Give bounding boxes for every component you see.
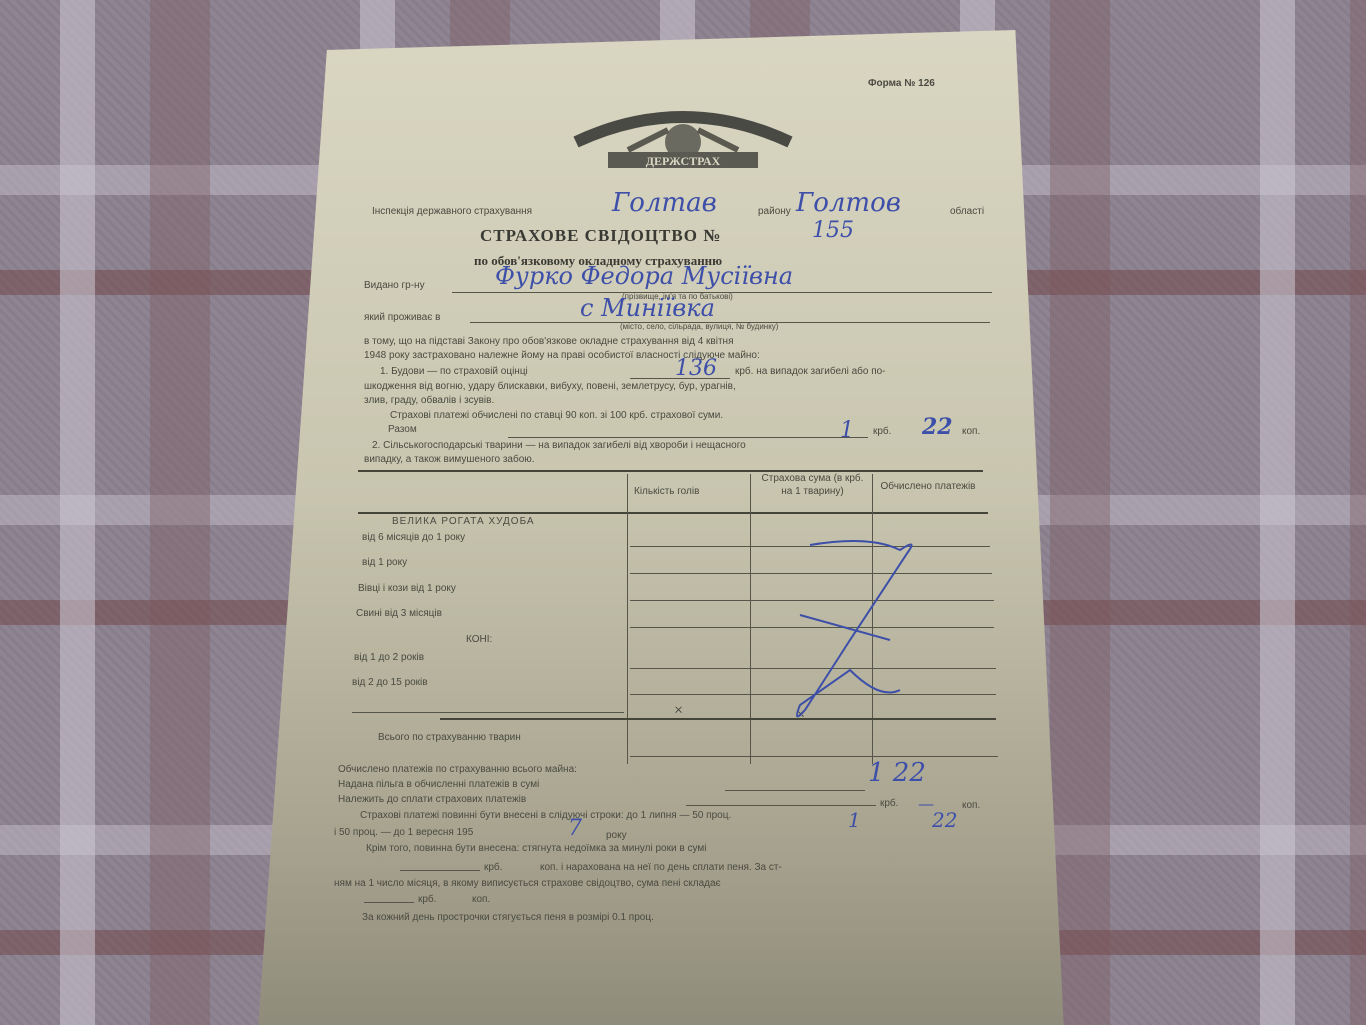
footer-line: Крім того, повинна бути внесена: стягнут… xyxy=(366,843,706,854)
body-line: Разом xyxy=(388,424,417,435)
certificate-number: 155 xyxy=(812,218,854,243)
derzhstrakh-emblem-icon: ДЕРЖСТРАХ xyxy=(568,100,798,175)
table-row-label: від 1 до 2 років xyxy=(354,652,424,663)
svg-text:ДЕРЖСТРАХ: ДЕРЖСТРАХ xyxy=(646,154,721,168)
table-row-label: Вівці і кози від 1 року xyxy=(358,583,456,594)
residence-value: с Миніївка xyxy=(580,294,715,322)
due-rub: 1 xyxy=(848,808,861,832)
table-header-count: Кількість голів xyxy=(634,486,699,497)
region-value: Голтов xyxy=(796,188,901,218)
body-line: 2. Сільськогосподарські тварини — на вип… xyxy=(372,440,746,451)
district-value: Голтав xyxy=(612,188,717,218)
document-content: Форма № 126 ДЕРЖСТРАХ Інспекція державно… xyxy=(0,0,1366,1025)
total-kop: 22 xyxy=(922,414,953,440)
body-line: злив, граду, обвалів і зсувів. xyxy=(364,395,494,406)
total-rub: 1 xyxy=(840,418,854,443)
table-section-horses: КОНІ: xyxy=(466,634,492,645)
header-suffix: області xyxy=(950,206,984,217)
footer-line: крб. xyxy=(484,862,502,873)
footer-line: За кожний день прострочки стягується пен… xyxy=(362,912,654,923)
building-valuation: 136 xyxy=(675,356,717,381)
footer-line: крб. xyxy=(418,894,436,905)
due-kop: 22 xyxy=(932,808,957,832)
residence-label: який проживає в xyxy=(364,312,440,323)
kop-label: коп. xyxy=(962,800,980,811)
header-prefix: Інспекція державного страхування xyxy=(372,206,532,217)
footer-line: коп. і нарахована на неї по день сплати … xyxy=(540,862,782,873)
strike-through-mark-icon xyxy=(750,530,930,730)
year-digit: 7 xyxy=(568,816,582,841)
footer-line: Належить до сплати страхових платежів xyxy=(338,794,526,805)
footer-line: року xyxy=(606,830,627,841)
body-line: Страхові платежі обчислені по ставці 90 … xyxy=(390,410,723,421)
rub-label: крб. xyxy=(880,798,898,809)
table-row-label: від 1 року xyxy=(362,557,407,568)
cross-mark: × xyxy=(674,702,683,720)
header-middle: району xyxy=(758,206,791,217)
table-row-label: від 6 місяців до 1 року xyxy=(362,532,465,543)
table-header-sum: Страхова сума (в крб. на 1 тварину) xyxy=(755,472,870,498)
total-all-value: 1 22 xyxy=(868,758,926,788)
body-line: випадку, а також вимушеного забою. xyxy=(364,454,535,465)
table-total-row: Всього по страхуванню тварин xyxy=(378,732,521,743)
footer-line: Надана пільга в обчисленні платежів в су… xyxy=(338,779,539,790)
footer-line: Страхові платежі повинні бути внесені в … xyxy=(360,810,731,821)
footer-line: Обчислено платежів по страхуванню всього… xyxy=(338,764,577,775)
footer-line: і 50 проц. — до 1 вересня 195 xyxy=(334,827,473,838)
table-header-payments: Обчислено платежів xyxy=(878,480,978,493)
issued-to-value: Фурко Федора Мусіївна xyxy=(495,262,793,290)
body-line: в тому, що на підставі Закону про обов'я… xyxy=(364,336,733,347)
table-row-label: від 2 до 15 років xyxy=(352,677,428,688)
table-section-cattle: ВЕЛИКА РОГАТА ХУДОБА xyxy=(392,516,535,527)
body-line: шкодження від вогню, удару блискавки, ви… xyxy=(364,381,736,392)
body-line: крб. на випадок загибелі або по- xyxy=(735,366,886,377)
certificate-title: СТРАХОВЕ СВІДОЦТВО № xyxy=(480,226,721,246)
body-line: 1. Будови — по страховій оцінці xyxy=(380,366,528,377)
footer-line: коп. xyxy=(472,894,490,905)
issued-to-label: Видано гр-ну xyxy=(364,280,425,291)
residence-caption: (місто, село, сільрада, вулиця, № будинк… xyxy=(620,322,778,331)
table-row-label: Свині від 3 місяців xyxy=(356,608,442,619)
footer-line: ням на 1 число місяця, в якому виписуєть… xyxy=(334,878,721,889)
form-number: Форма № 126 xyxy=(868,78,935,89)
kop-label: коп. xyxy=(962,426,980,437)
rub-label: крб. xyxy=(873,426,891,437)
